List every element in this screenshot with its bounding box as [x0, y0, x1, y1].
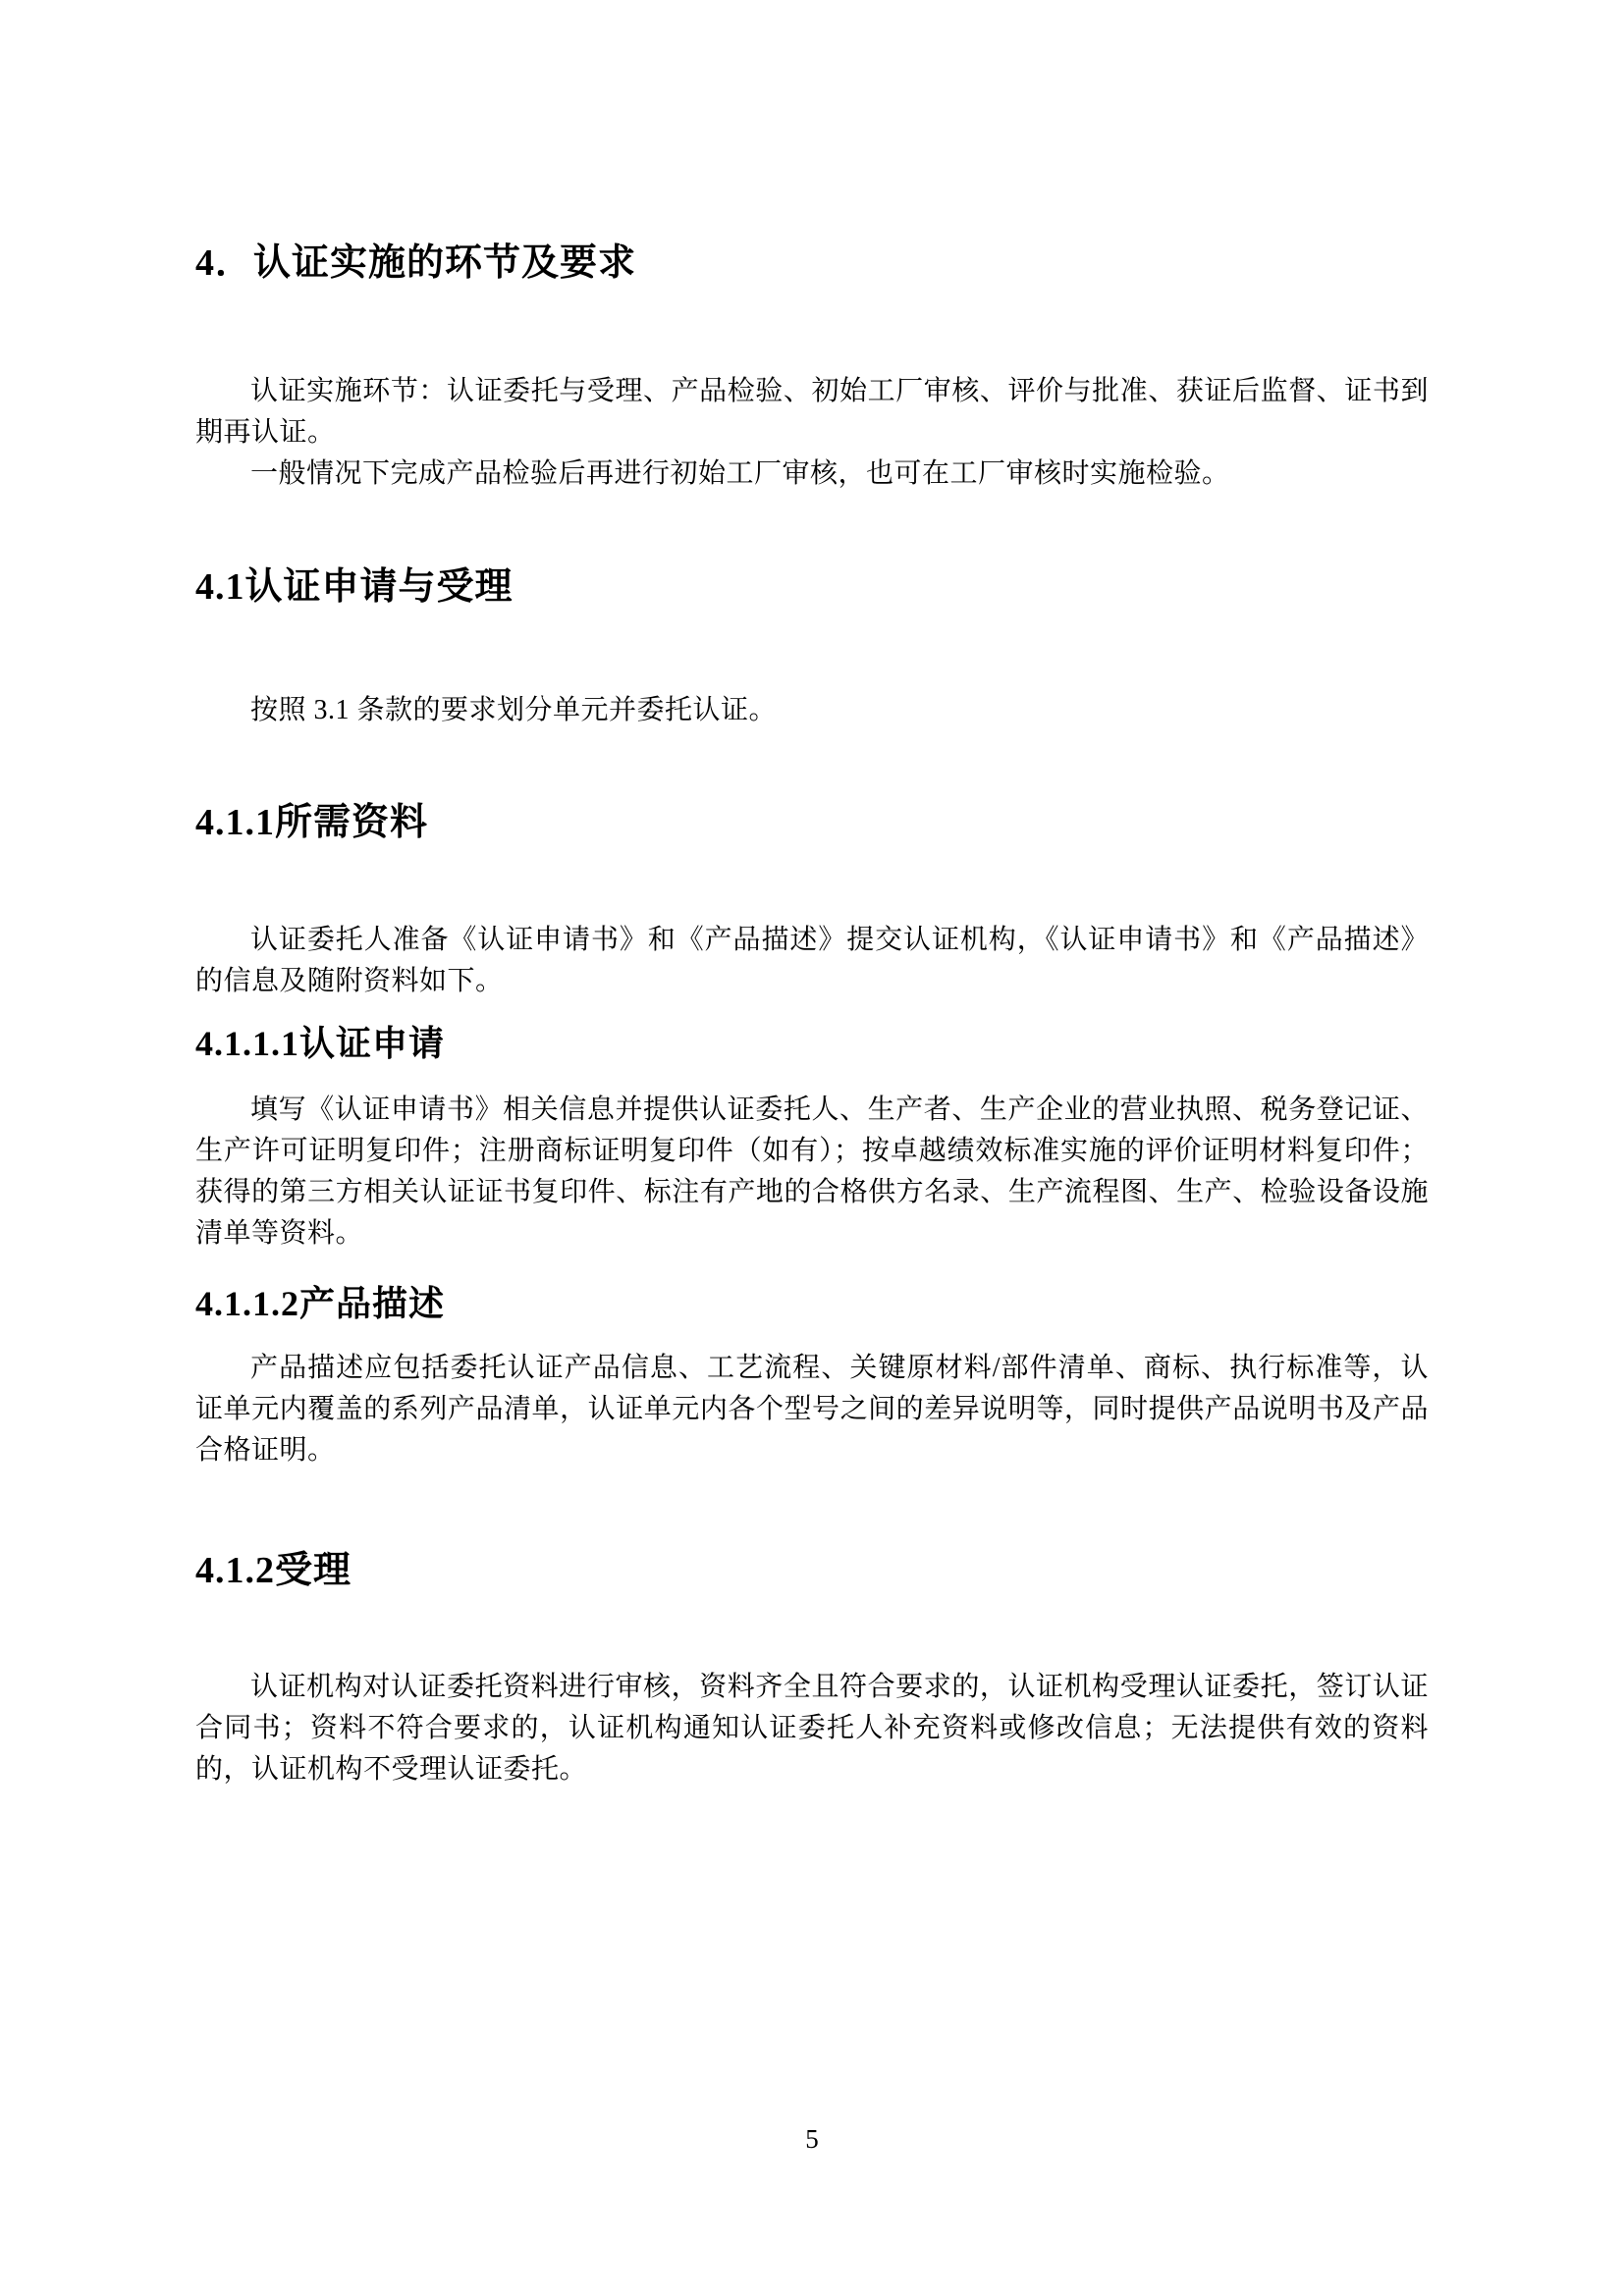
paragraph-required-materials: 认证委托人准备《认证申请书》和《产品描述》提交认证机构，《认证申请书》和《产品描…: [195, 920, 1429, 1002]
document-page: 4．认证实施的环节及要求 认证实施环节：认证委托与受理、产品检验、初始工厂审核、…: [0, 0, 1624, 2296]
heading-4-1-application-acceptance: 4.1认证申请与受理: [195, 565, 1429, 609]
paragraph-inspection-order: 一般情况下完成产品检验后再进行初始工厂审核，也可在工厂审核时实施检验。: [195, 454, 1429, 495]
heading-4-1-2-acceptance: 4.1.2受理: [195, 1549, 1429, 1592]
paragraph-unit-division: 按照 3.1 条款的要求划分单元并委托认证。: [195, 690, 1429, 731]
chapter-heading: 4．认证实施的环节及要求: [195, 241, 1429, 285]
paragraph-application-details: 填写《认证申请书》相关信息并提供认证委托人、生产者、生产企业的营业执照、税务登记…: [195, 1090, 1429, 1255]
paragraph-product-description-details: 产品描述应包括委托认证产品信息、工艺流程、关键原材料/部件清单、商标、执行标准等…: [195, 1348, 1429, 1471]
heading-4-1-1-2-product-description: 4.1.1.2产品描述: [195, 1282, 1429, 1325]
page-content: 4．认证实施的环节及要求 认证实施环节：认证委托与受理、产品检验、初始工厂审核、…: [195, 0, 1429, 1790]
paragraph-acceptance-details: 认证机构对认证委托资料进行审核，资料齐全且符合要求的，认证机构受理认证委托，签订…: [195, 1667, 1429, 1790]
paragraph-certification-steps: 认证实施环节：认证委托与受理、产品检验、初始工厂审核、评价与批准、获证后监督、证…: [195, 371, 1429, 454]
page-number: 5: [0, 2123, 1624, 2155]
heading-4-1-1-1-certification-application: 4.1.1.1认证申请: [195, 1022, 1429, 1065]
heading-4-1-1-required-materials: 4.1.1所需资料: [195, 801, 1429, 844]
